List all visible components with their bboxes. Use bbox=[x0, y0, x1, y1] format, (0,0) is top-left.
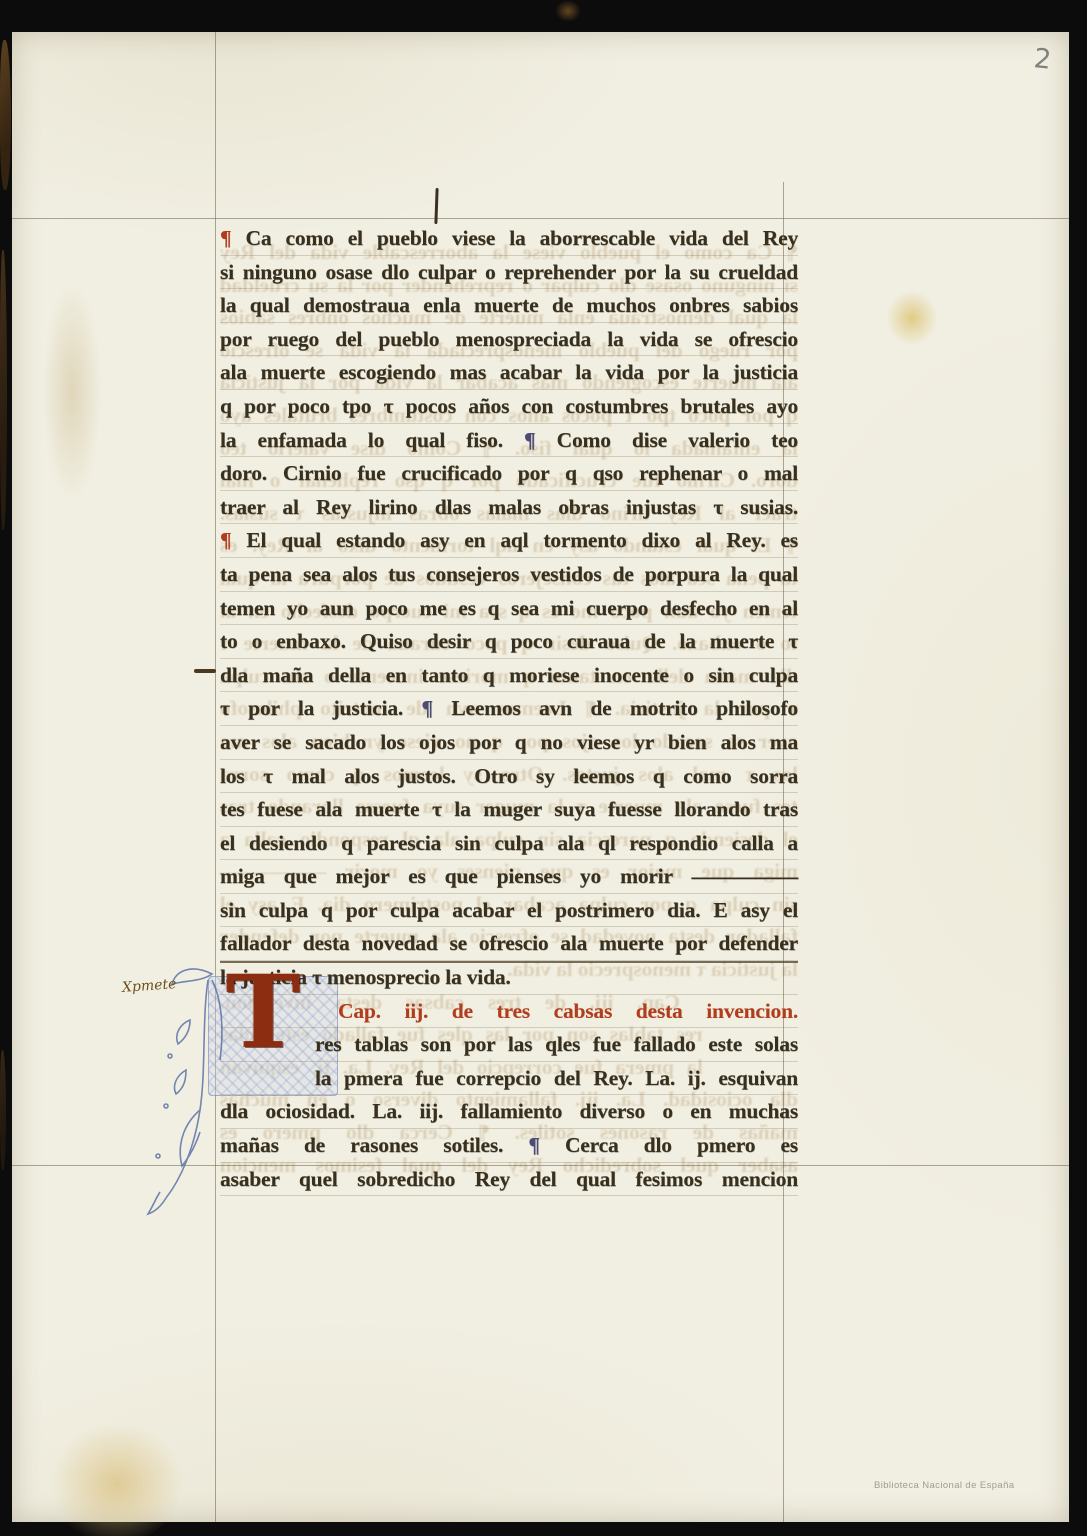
text-line: sin culpa q por culpa acabar el postrime… bbox=[220, 894, 798, 928]
text-segment: ————— bbox=[691, 864, 798, 888]
text-segment: fallador desta novedad se ofrescio ala m… bbox=[220, 931, 798, 955]
text-line: q por poco tpo τ pocos años con costumbr… bbox=[220, 390, 798, 424]
text-segment: doro. Cirnio fue crucificado por q qso r… bbox=[220, 461, 798, 485]
text-segment: Leemos avn de motrito philosofo bbox=[451, 696, 798, 720]
text-line: ala muerte escogiendo mas acabar la vida… bbox=[220, 356, 798, 390]
text-segment: si ninguno osase dlo culpar o reprehende… bbox=[220, 260, 798, 284]
ruling-line-top bbox=[12, 218, 1069, 219]
text-line: los τ mal alos justos. Otro sy leemos q … bbox=[220, 760, 798, 794]
pilcrow-mark: ¶ bbox=[220, 226, 231, 250]
text-line: dla ociosidad. La. iij. fallamiento dive… bbox=[220, 1095, 798, 1129]
illuminated-initial: T bbox=[226, 962, 300, 1062]
folio-number: 2 bbox=[1032, 43, 1052, 76]
text-line: la justicia τ menosprecio la vida. bbox=[220, 961, 798, 995]
text-segment: ala muerte escogiendo mas acabar la vida… bbox=[220, 360, 798, 384]
text-segment: miga que mejor es que pienses yo morir bbox=[220, 864, 672, 888]
text-line: fallador desta novedad se ofrescio ala m… bbox=[220, 927, 798, 961]
text-segment: temen yo aun poco me es q sea mi cuerpo … bbox=[220, 596, 798, 620]
text-block: ¶ Ca como el pueblo viese la aborrescabl… bbox=[220, 222, 798, 1196]
text-line: τ por la justicia. ¶ Leemos avn de motri… bbox=[220, 692, 798, 726]
text-line: la enfamada lo qual fiso. ¶ Como dise va… bbox=[220, 424, 798, 458]
text-segment: to o enbaxo. Quiso desir q poco curaua d… bbox=[220, 629, 798, 653]
text-segment: por ruego del pueblo menospreciada la vi… bbox=[220, 327, 798, 351]
text-line: traer al Rey lirino dlas malas obras inj… bbox=[220, 491, 798, 525]
pilcrow-mark: ¶ bbox=[422, 696, 433, 720]
text-segment: dla ociosidad. La. iij. fallamiento dive… bbox=[220, 1099, 798, 1123]
text-segment: q por poco tpo τ pocos años con costumbr… bbox=[220, 394, 798, 418]
text-segment: la pmera fue correpcio del Rey. La. ij. … bbox=[315, 1066, 798, 1090]
text-line: la qual demostraua enla muerte de muchos… bbox=[220, 289, 798, 323]
text-segment: Ca como el pueblo viese la aborrescable … bbox=[246, 226, 798, 250]
text-segment: ta pena sea alos tus consejeros vestidos… bbox=[220, 562, 798, 586]
text-line: la pmera fue correpcio del Rey. La. ij. … bbox=[220, 1062, 798, 1096]
text-line: si ninguno osase dlo culpar o reprehende… bbox=[220, 256, 798, 290]
pilcrow-mark: ¶ bbox=[524, 428, 535, 452]
text-segment: tes fuese ala muerte τ la muger suya fue… bbox=[220, 797, 798, 821]
text-segment: τ por la justicia. bbox=[220, 696, 403, 720]
text-line: to o enbaxo. Quiso desir q poco curaua d… bbox=[220, 625, 798, 659]
text-line: miga que mejor es que pienses yo morir —… bbox=[220, 860, 798, 894]
text-line: tes fuese ala muerte τ la muger suya fue… bbox=[220, 793, 798, 827]
stain bbox=[42, 282, 102, 502]
text-segment: la qual demostraua enla muerte de muchos… bbox=[220, 293, 798, 317]
edge-smudge bbox=[555, 0, 581, 22]
text-line: res tablas son por las qles fue fallado … bbox=[220, 1028, 798, 1062]
text-segment: El qual estando asy en aql tormento dixo… bbox=[246, 528, 798, 552]
pilcrow-mark: ¶ bbox=[528, 1133, 539, 1157]
text-segment: sin culpa q por culpa acabar el postrime… bbox=[220, 898, 798, 922]
text-segment: traer al Rey lirino dlas malas obras inj… bbox=[220, 495, 798, 519]
text-line: asaber quel sobredicho Rey del qual fesi… bbox=[220, 1163, 798, 1197]
text-line: temen yo aun poco me es q sea mi cuerpo … bbox=[220, 592, 798, 626]
ruling-line-left bbox=[215, 32, 216, 1522]
text-segment: los τ mal alos justos. Otro sy leemos q … bbox=[220, 764, 798, 788]
stain bbox=[886, 290, 938, 346]
text-segment: la enfamada lo qual fiso. bbox=[220, 428, 503, 452]
binding-edge bbox=[0, 1050, 6, 1170]
text-line: ¶ Ca como el pueblo viese la aborrescabl… bbox=[220, 222, 798, 256]
text-line: dla maña della en tanto q moriese inocen… bbox=[220, 659, 798, 693]
manuscript-page: 2 ¶ Ca como el pueblo viese la aborresca… bbox=[12, 32, 1069, 1522]
text-segment: Cap. iij. de tres cabsas desta invencion… bbox=[338, 999, 798, 1023]
library-watermark: Biblioteca Nacional de España bbox=[874, 1480, 1014, 1491]
text-line: por ruego del pueblo menospreciada la vi… bbox=[220, 323, 798, 357]
text-segment: Como dise valerio teo bbox=[557, 428, 798, 452]
text-line: el desiendo q parescia sin culpa ala ql … bbox=[220, 827, 798, 861]
text-segment: res tablas son por las qles fue fallado … bbox=[315, 1032, 798, 1056]
text-segment: aver se sacado los ojos por q no viese y… bbox=[220, 730, 798, 754]
pilcrow-mark: ¶ bbox=[220, 528, 231, 552]
text-line: mañas de rasones sotiles. ¶ Cerca dlo pm… bbox=[220, 1129, 798, 1163]
text-line: aver se sacado los ojos por q no viese y… bbox=[220, 726, 798, 760]
text-segment: asaber quel sobredicho Rey del qual fesi… bbox=[220, 1167, 798, 1191]
binding-edge bbox=[0, 250, 7, 530]
scan-background: 2 ¶ Ca como el pueblo viese la aborresca… bbox=[0, 0, 1087, 1536]
text-segment: el desiendo q parescia sin culpa ala ql … bbox=[220, 831, 798, 855]
text-segment: dla maña della en tanto q moriese inocen… bbox=[220, 663, 798, 687]
stain bbox=[52, 1424, 182, 1536]
text-line: Cap. iij. de tres cabsas desta invencion… bbox=[220, 995, 798, 1029]
text-segment: Cerca dlo pmero es bbox=[565, 1133, 798, 1157]
text-line: ¶ El qual estando asy en aql tormento di… bbox=[220, 524, 798, 558]
text-segment: mañas de rasones sotiles. bbox=[220, 1133, 503, 1157]
binding-edge bbox=[0, 40, 11, 190]
text-line: doro. Cirnio fue crucificado por q qso r… bbox=[220, 457, 798, 491]
text-line: ta pena sea alos tus consejeros vestidos… bbox=[220, 558, 798, 592]
